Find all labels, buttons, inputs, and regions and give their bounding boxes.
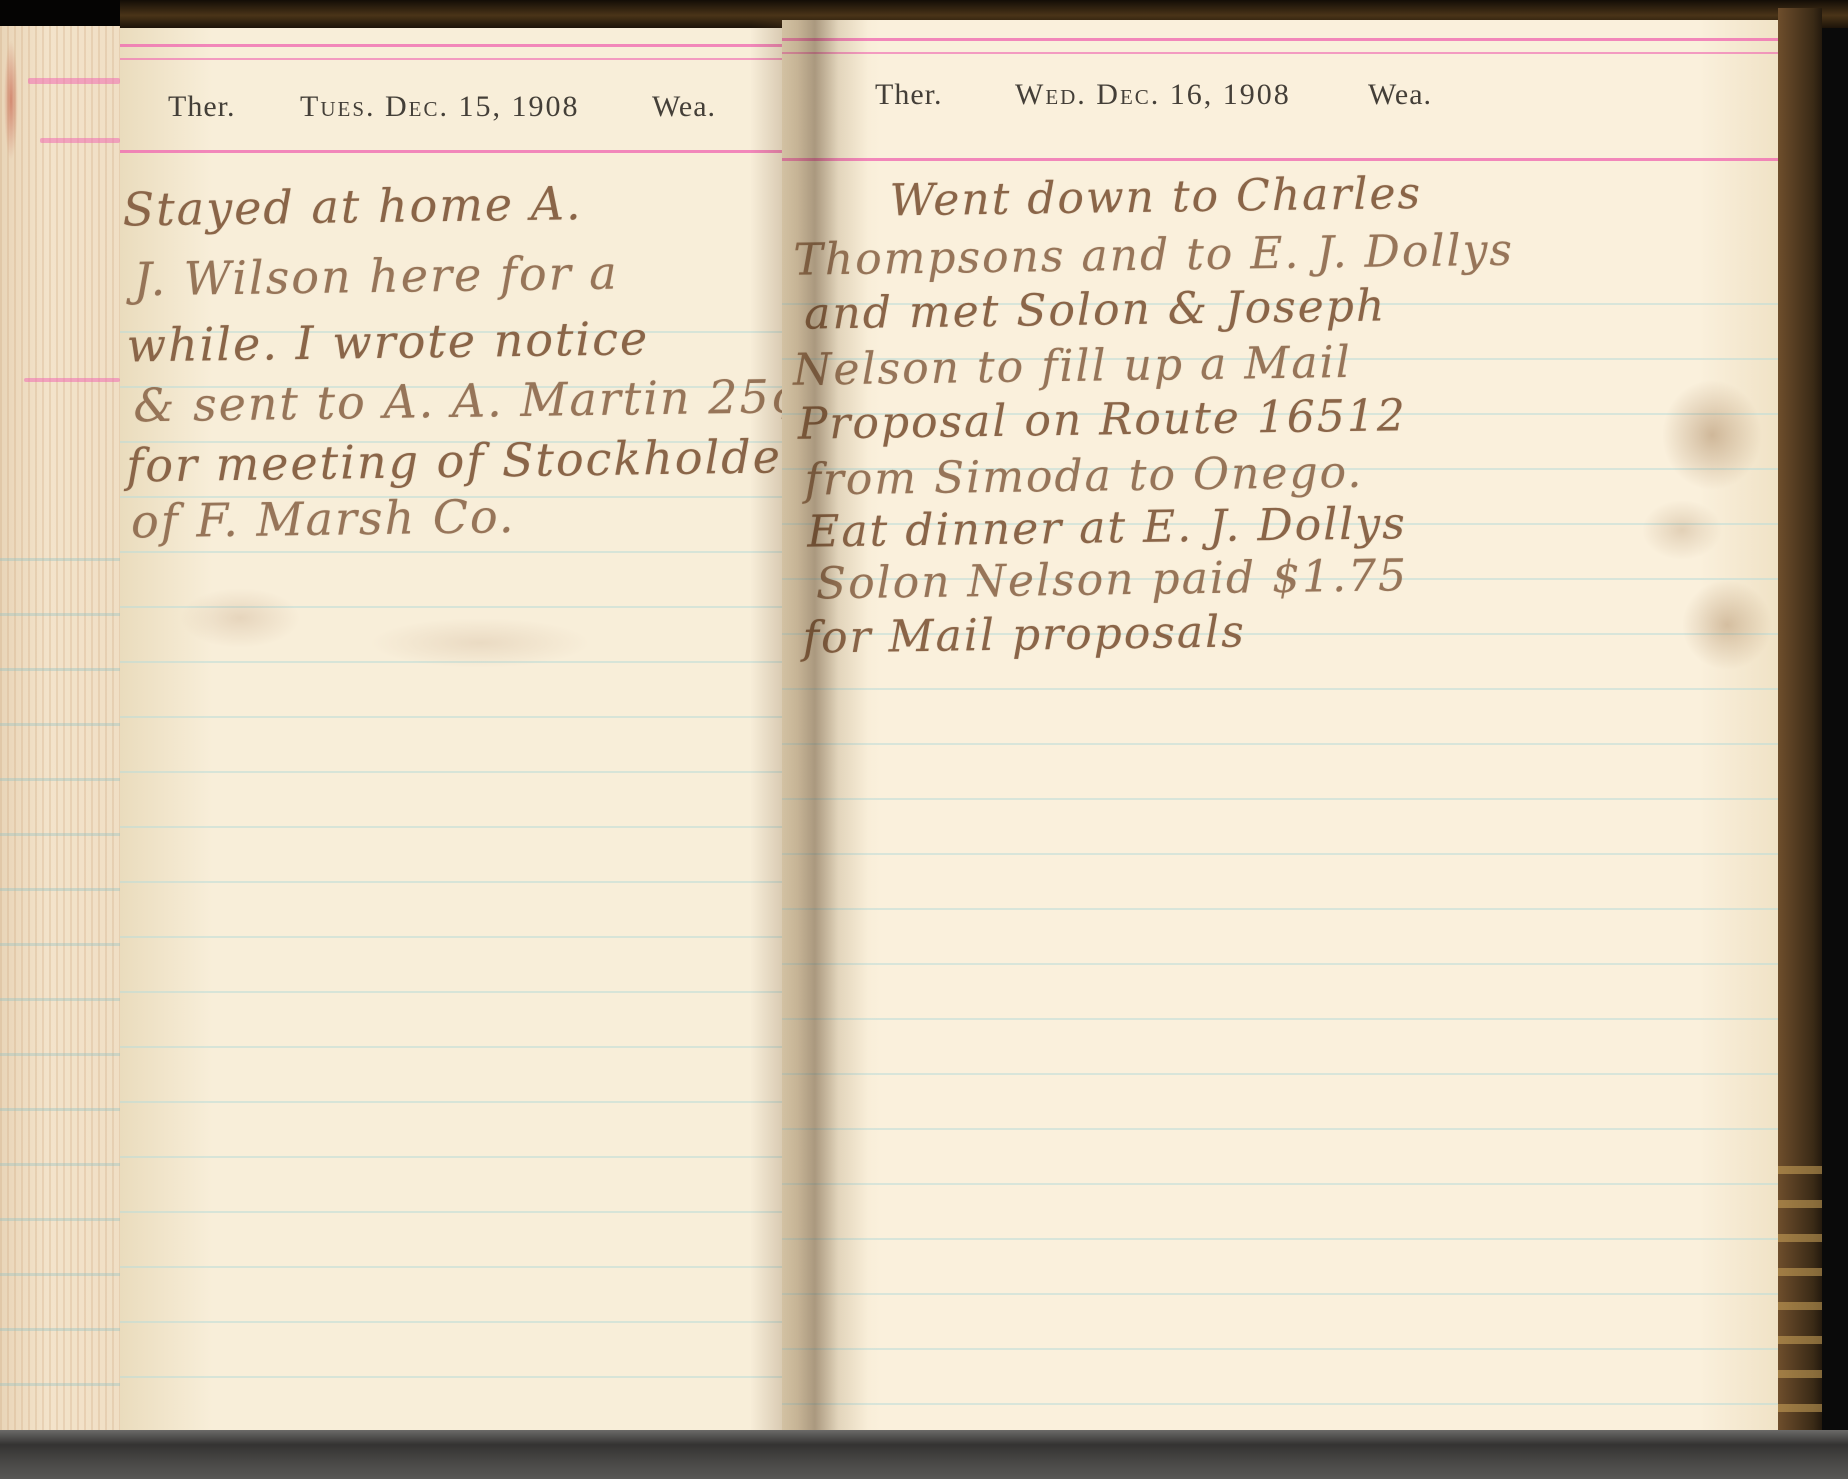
page-edges-stack (0, 26, 120, 1434)
entry-line: and met Solon & Joseph (804, 280, 1387, 339)
entry-line: Thompsons and to E. J. Dollys (793, 225, 1514, 286)
table-surface (0, 1430, 1848, 1479)
page-edge-pink-mark (28, 78, 120, 84)
page-edge-pink-mark (24, 378, 120, 382)
entry-line: Went down to Charles (889, 168, 1422, 226)
diary-entry: Stayed at home A. J. Wilson here for a w… (120, 28, 782, 1432)
book-cover-edge-texture (1778, 1140, 1822, 1430)
entry-line: Solon Nelson paid $1.75 (816, 550, 1409, 609)
entry-line: Eat dinner at E. J. Dollys (807, 498, 1407, 557)
entry-line: from Simoda to Onego. (804, 447, 1363, 506)
entry-line: & sent to A. A. Martin 25¢ (133, 369, 782, 432)
right-page: Ther. Wed. Dec. 16, 1908 Wea. Went down … (782, 20, 1778, 1432)
entry-line: while. I wrote notice (126, 311, 649, 372)
entry-line: Proposal on Route 16512 (797, 390, 1407, 449)
entry-line: Nelson to fill up a Mail (793, 337, 1352, 396)
page-edge-red-mark (4, 40, 18, 160)
diary-entry: Went down to Charles Thompsons and to E.… (782, 20, 1778, 1432)
entry-line: for meeting of Stockholders (126, 429, 782, 493)
entry-line: of F. Marsh Co. (131, 489, 516, 548)
page-edge-blue-rules (0, 506, 120, 1426)
entry-line: J. Wilson here for a (133, 246, 619, 307)
entry-line: Stayed at home A. (122, 176, 583, 236)
diary-scan: Ther. Tues. Dec. 15, 1908 Wea. Stayed at… (0, 0, 1848, 1479)
page-edge-pink-mark (40, 138, 120, 143)
entry-line: for Mail proposals (802, 606, 1246, 663)
left-page: Ther. Tues. Dec. 15, 1908 Wea. Stayed at… (120, 28, 782, 1432)
